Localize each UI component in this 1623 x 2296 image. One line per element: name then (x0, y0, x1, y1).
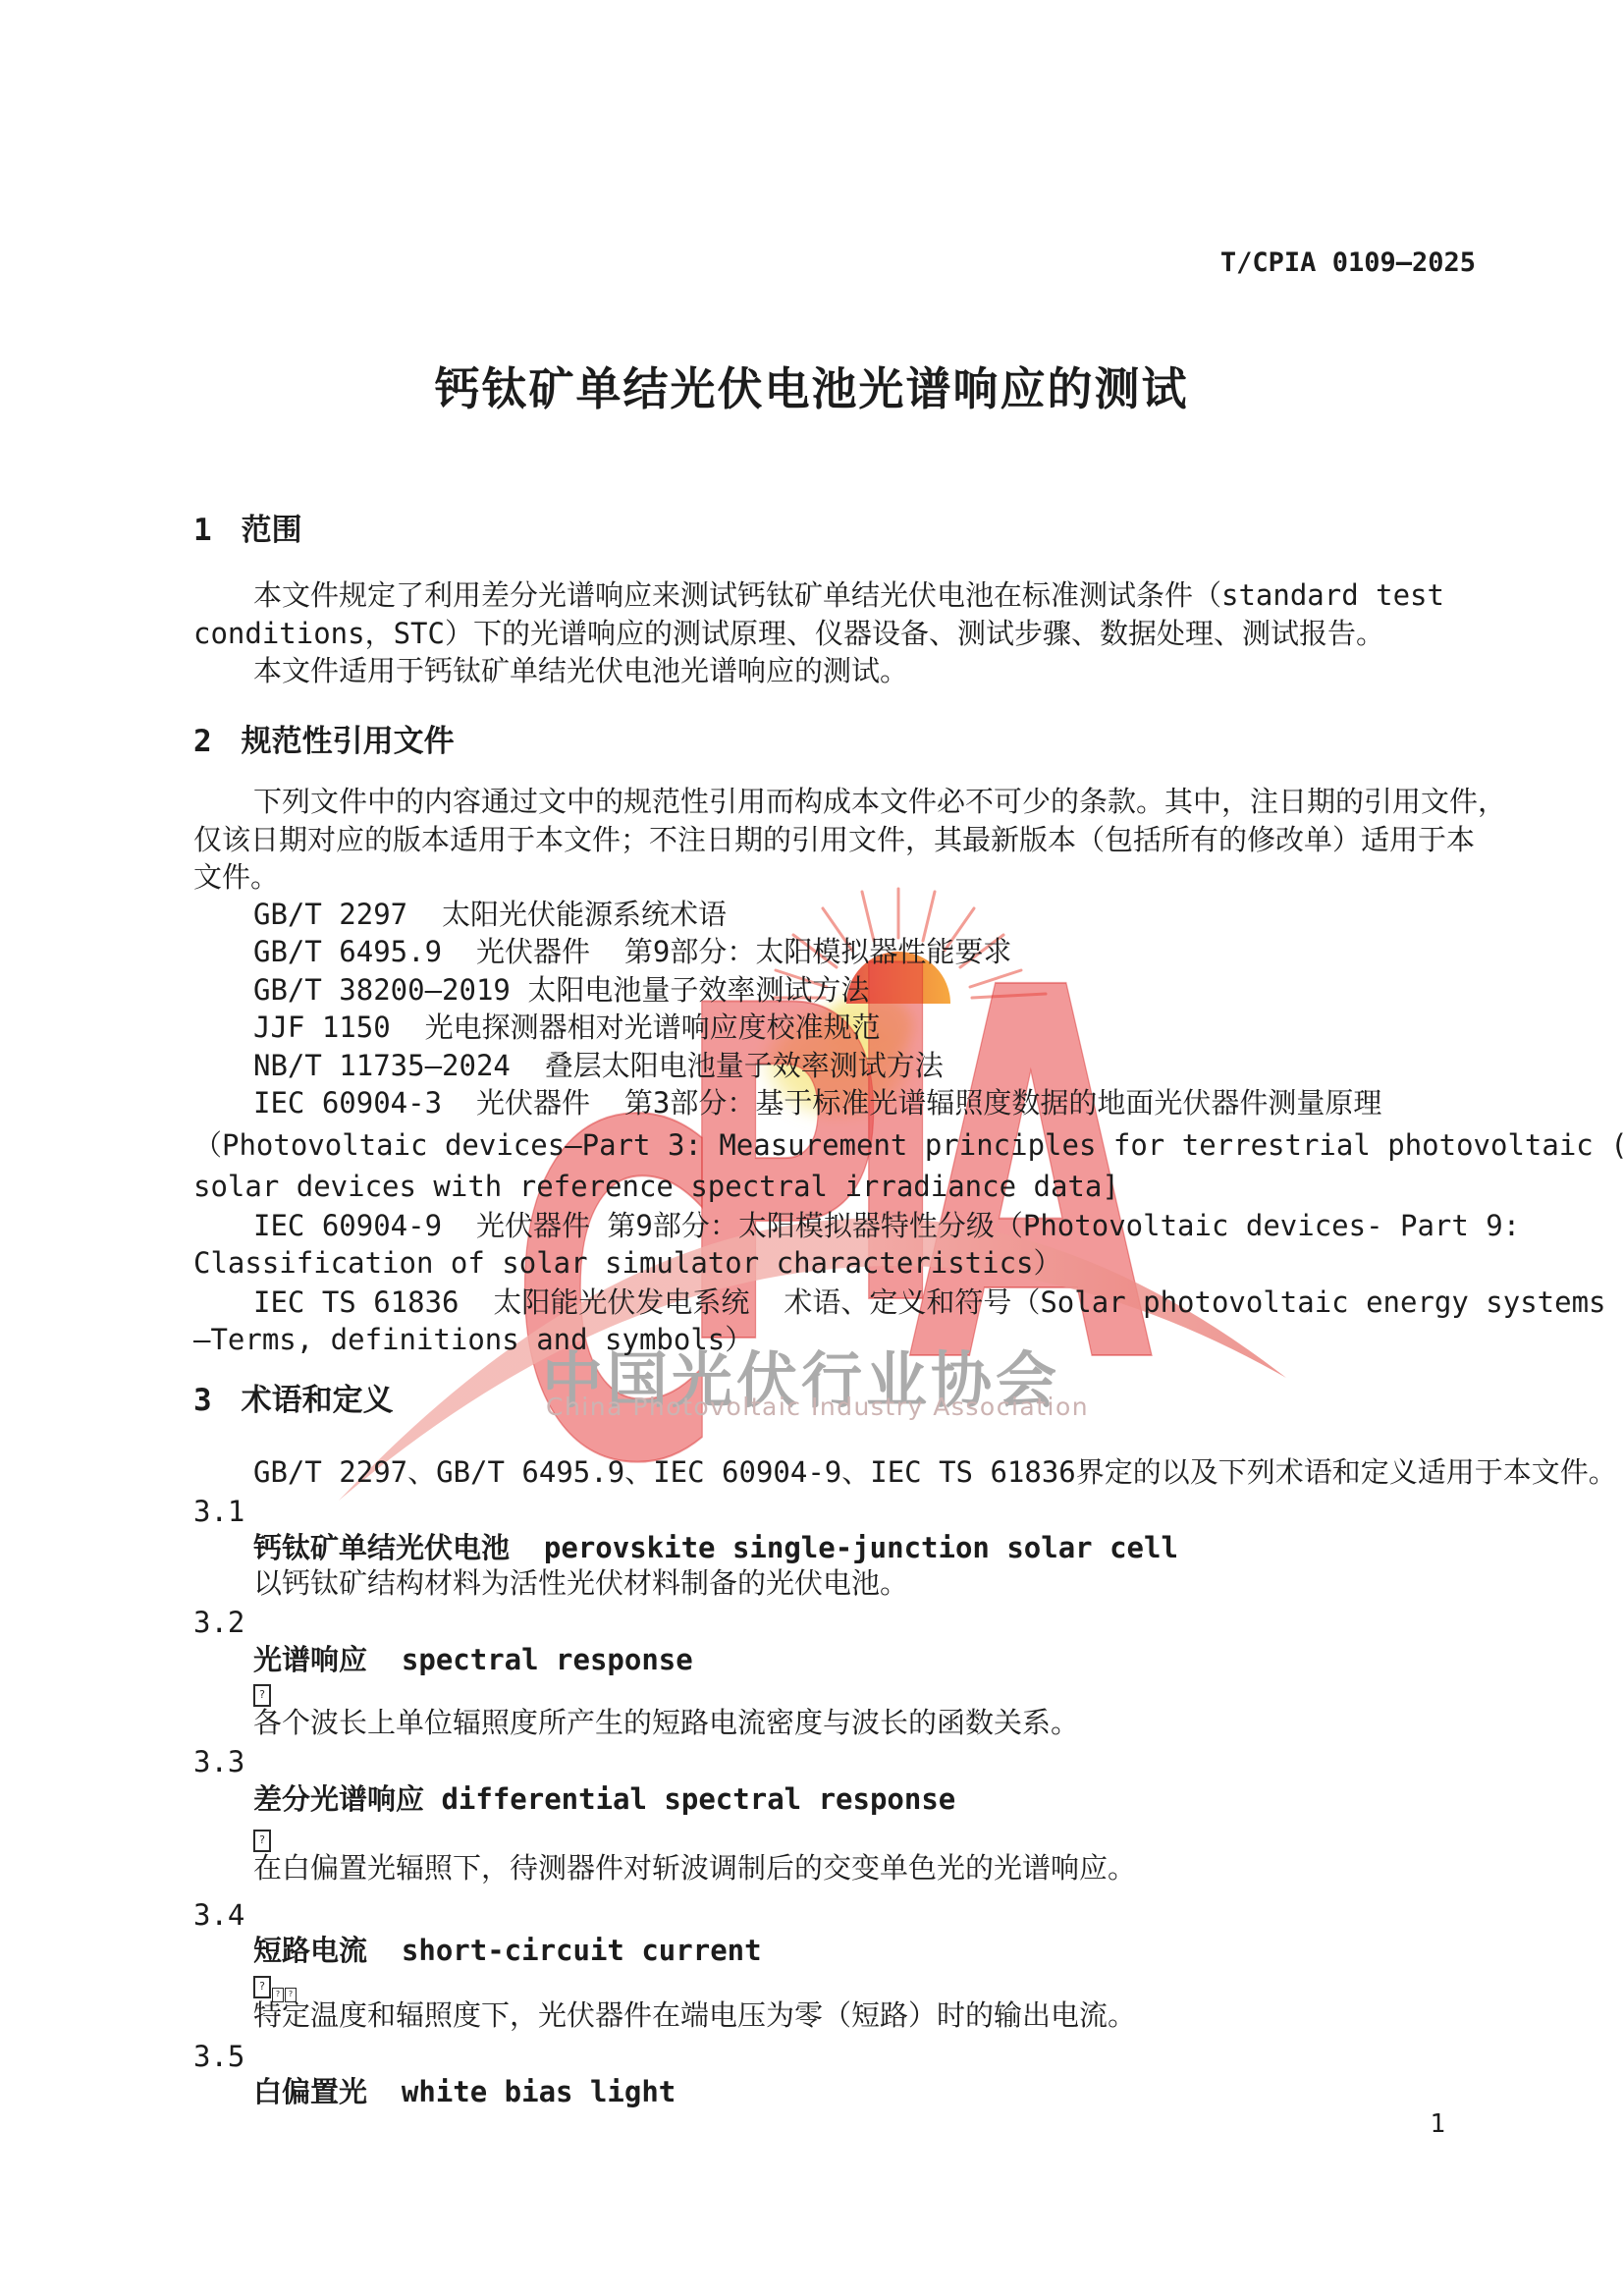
term-symbol-line: ? (253, 1816, 271, 1852)
references-intro-line: 文件。 (193, 859, 279, 895)
reference-item-continuation: —Terms, definitions and symbols） (193, 1322, 753, 1357)
reference-item: GB/T 38200—2019 太阳电池量子效率测试方法 (253, 972, 869, 1008)
term-definition: 各个波长上单位辐照度所产生的短路电流密度与波长的函数关系。 (253, 1705, 1079, 1740)
section-title: 术语和定义 (242, 1383, 394, 1418)
section-title: 范围 (242, 513, 302, 548)
reference-item-continuation: Classification of solar simulator charac… (193, 1245, 1062, 1281)
missing-glyph-icon: ? (253, 1830, 271, 1852)
reference-item: NB/T 11735—2024 叠层太阳电池量子效率测试方法 (253, 1048, 944, 1083)
page-number: 1 (1430, 2109, 1445, 2139)
reference-item: GB/T 6495.9 光伏器件 第9部分：太阳模拟器性能要求 (253, 934, 1011, 969)
term-title: 短路电流 short-circuit current (253, 1933, 762, 1968)
section-number: 1 (193, 513, 212, 548)
reference-item: IEC TS 61836 太阳能光伏发电系统 术语、定义和符号（Solar ph… (253, 1285, 1606, 1320)
section-2-heading: 2规范性引用文件 (193, 724, 455, 759)
section-number: 3 (193, 1383, 212, 1418)
reference-item: IEC 60904-3 光伏器件 第3部分：基于标准光谱辐照度数据的地面光伏器件… (253, 1085, 1381, 1121)
term-number: 3.4 (193, 1897, 244, 1933)
term-number: 3.2 (193, 1605, 244, 1640)
term-symbol-line: ??? (253, 1962, 297, 2002)
section-number: 2 (193, 724, 212, 759)
term-number: 3.5 (193, 2039, 244, 2074)
term-definition: 以钙钛矿结构材料为活性光伏材料制备的光伏电池。 (253, 1565, 908, 1601)
term-number: 3.1 (193, 1494, 244, 1529)
reference-item-continuation: （Photovoltaic devices—Part 3: Measuremen… (193, 1127, 1623, 1163)
term-title: 光谱响应 spectral response (253, 1642, 693, 1677)
reference-item: JJF 1150 光电探测器相对光谱响应度校准规范 (253, 1010, 881, 1045)
references-intro-line: 仅该日期对应的版本适用于本文件；不注日期的引用文件，其最新版本（包括所有的修改单… (193, 822, 1475, 857)
scope-paragraph-line: 本文件适用于钙钛矿单结光伏电池光谱响应的测试。 (253, 653, 908, 688)
document-title: 钙钛矿单结光伏电池光谱响应的测试 (0, 354, 1623, 418)
standard-document-page: C P I A 中国光伏行业协会 China Photovoltaic Indu… (0, 0, 1623, 2296)
reference-item: IEC 60904-9 光伏器件 第9部分：太阳模拟器特性分级（Photovol… (253, 1208, 1520, 1243)
standard-code: T/CPIA 0109—2025 (1220, 247, 1476, 278)
term-definition: 特定温度和辐照度下，光伏器件在端电压为零（短路）时的输出电流。 (253, 1997, 1136, 2033)
term-title: 白偏置光 white bias light (253, 2074, 676, 2109)
term-definition: 在白偏置光辐照下，待测器件对斩波调制后的交变单色光的光谱响应。 (253, 1850, 1136, 1886)
term-title: 差分光谱响应 differential spectral response (253, 1781, 955, 1817)
reference-item-continuation: solar devices with reference spectral ir… (193, 1169, 1119, 1204)
section-title: 规范性引用文件 (242, 724, 455, 759)
term-title: 钙钛矿单结光伏电池 perovskite single-junction sol… (253, 1530, 1178, 1565)
watermark-org-name-en: China Photovoltaic Industry Association (546, 1393, 1089, 1421)
term-symbol-line: ? (253, 1670, 271, 1707)
missing-glyph-icon: ? (253, 1976, 271, 1998)
section-3-heading: 3术语和定义 (193, 1383, 394, 1418)
references-intro-line: 下列文件中的内容通过文中的规范性引用而构成本文件必不可少的条款。其中，注日期的引… (253, 784, 1506, 819)
scope-paragraph-line: 本文件规定了利用差分光谱响应来测试钙钛矿单结光伏电池在标准测试条件（standa… (253, 577, 1444, 613)
reference-item: GB/T 2297 太阳光伏能源系统术语 (253, 897, 727, 932)
section-1-heading: 1范围 (193, 513, 302, 548)
missing-glyph-icon: ? (253, 1684, 271, 1707)
terms-intro: GB/T 2297、GB/T 6495.9、IEC 60904-9、IEC TS… (253, 1454, 1617, 1490)
scope-paragraph-line: conditions，STC）下的光谱响应的测试原理、仪器设备、测试步骤、数据处… (193, 616, 1384, 651)
term-number: 3.3 (193, 1744, 244, 1779)
